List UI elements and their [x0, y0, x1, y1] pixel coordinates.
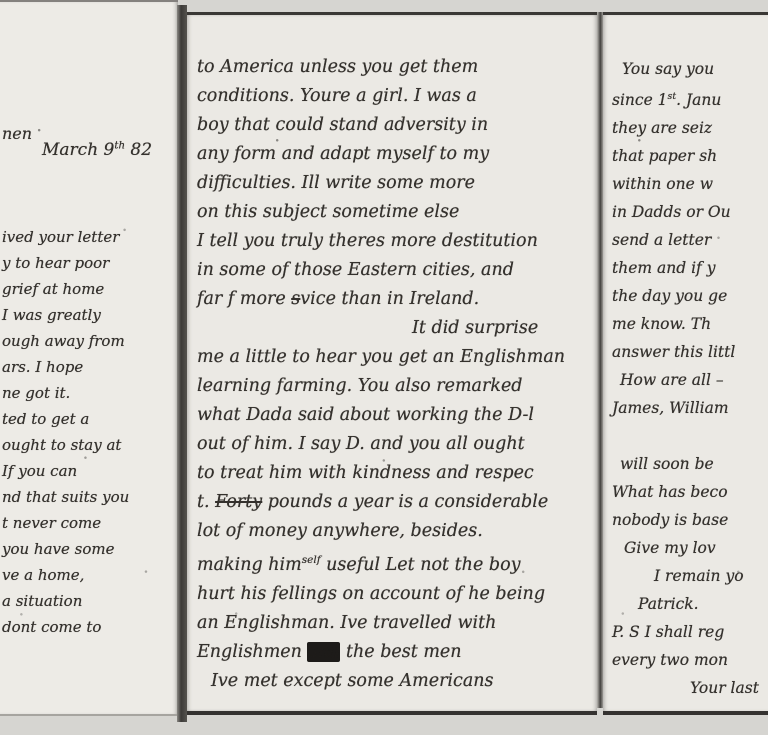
handwriting-line: what Dada said about working the D-l	[197, 401, 593, 430]
handwriting-line: answer this littl	[612, 338, 768, 366]
handwriting-line: You say you	[622, 55, 768, 83]
handwriting-line: grief at home	[2, 276, 177, 302]
handwriting-line	[612, 422, 768, 450]
handwriting-line: What has beco	[612, 478, 768, 506]
handwriting-text: useful Let not the boy	[321, 555, 521, 575]
handwriting-line: ough away from	[2, 328, 177, 354]
handwriting-line: difficulties. Ill write some more	[197, 169, 593, 198]
handwriting-line: in Dadds or Ou	[612, 198, 768, 226]
handwriting-line: ted to get a	[2, 406, 177, 432]
handwriting-line: dont come to	[2, 614, 177, 640]
handwriting-line: them and if y	[612, 254, 768, 282]
handwriting-line: the day you ge	[612, 282, 768, 310]
letter-page-center: to America unless you get themconditions…	[187, 12, 597, 715]
handwriting-line: nobody is base	[612, 506, 768, 534]
handwriting-line: lot of money anywhere, besides.	[197, 517, 593, 546]
handwriting-line: I remain yo	[654, 562, 768, 590]
handwriting-line: an Englishman. Ive travelled with	[197, 609, 593, 638]
handwriting-line: James, William	[612, 394, 768, 422]
handwriting-text: t.	[197, 492, 215, 512]
handwriting-line: Ive met except some Americans	[211, 667, 593, 696]
handwriting-line: since 1st. Janu	[612, 83, 768, 114]
handwriting-text: far f more	[197, 289, 291, 309]
handwriting-line: that paper sh	[612, 142, 768, 170]
handwriting-line: will soon be	[620, 450, 768, 478]
handwriting-lines-left: ived your lettery to hear poorgrief at h…	[2, 224, 177, 640]
handwriting-line: ne got it.	[2, 380, 177, 406]
handwriting-lines-center: to America unless you get themconditions…	[197, 53, 593, 696]
handwriting-text: making him	[197, 555, 302, 575]
page-gap-left	[177, 5, 187, 722]
handwriting-line: Your last	[690, 674, 768, 702]
handwriting-text: March 9	[42, 140, 114, 160]
handwriting-line: If you can	[2, 458, 177, 484]
handwriting-line: on this subject sometime else	[197, 198, 593, 227]
handwriting-line: conditions. Youre a girl. I was a	[197, 82, 593, 111]
handwriting-line: out of him. I say D. and you all ought	[197, 430, 593, 459]
handwriting-sup: st	[668, 91, 677, 102]
handwriting-line: me a little to hear you get an Englishma…	[197, 343, 593, 372]
handwriting-text: since 1	[612, 91, 668, 109]
handwriting-line: P. S I shall reg	[612, 618, 768, 646]
handwriting-line: every two mon	[612, 646, 768, 674]
handwriting-line: Englishmen and the best men	[197, 638, 593, 667]
handwriting-sup: th	[114, 140, 125, 151]
handwriting-line: to treat him with kindness and respec	[197, 459, 593, 488]
handwriting-strike: Forty	[215, 492, 262, 512]
handwriting-line: learning farming. You also remarked	[197, 372, 593, 401]
handwriting-line: far f more svice than in Ireland.	[197, 285, 593, 314]
handwriting-text: 82	[125, 140, 152, 160]
handwriting-line: Patrick.	[638, 590, 768, 618]
handwriting-line: making himself useful Let not the boy	[197, 546, 593, 580]
handwriting-sup: self	[302, 554, 321, 566]
handwriting-line: me know. Th	[612, 310, 768, 338]
handwriting-line: within one w	[612, 170, 768, 198]
letter-scan: nen March 9th 82 ived your lettery to he…	[0, 0, 768, 735]
handwriting-line: ve a home,	[2, 562, 177, 588]
letter-page-right: You say yousince 1st. Januthey are seizt…	[603, 12, 768, 715]
handwriting-line: I was greatly	[2, 302, 177, 328]
handwriting-text: Englishmen	[197, 642, 307, 662]
handwriting-text: pounds a year is a considerable	[262, 492, 548, 512]
handwriting-scribble: and	[307, 642, 340, 662]
handwriting-line: ought to stay at	[2, 432, 177, 458]
handwriting-line: a situation	[2, 588, 177, 614]
handwriting-line: in some of those Eastern cities, and	[197, 256, 593, 285]
handwriting-line: ars. I hope	[2, 354, 177, 380]
handwriting-line: any form and adapt myself to my	[197, 140, 593, 169]
handwriting-text: the best men	[340, 642, 461, 662]
handwriting-strike: s	[291, 289, 300, 309]
handwriting-line: nd that suits you	[2, 484, 177, 510]
handwriting-line: to America unless you get them	[197, 53, 593, 82]
heading-fragment: nen	[2, 124, 32, 143]
handwriting-line: Give my lov	[624, 534, 768, 562]
handwriting-line: boy that could stand adversity in	[197, 111, 593, 140]
handwriting-text: . Janu	[676, 91, 721, 109]
letter-page-left: nen March 9th 82 ived your lettery to he…	[0, 0, 178, 716]
letter-date: March 9th 82	[42, 140, 152, 160]
handwriting-line: I tell you truly theres more destitution	[197, 227, 593, 256]
handwriting-line: How are all –	[620, 366, 768, 394]
handwriting-line: you have some	[2, 536, 177, 562]
handwriting-line: hurt his fellings on account of he being	[197, 580, 593, 609]
handwriting-lines-right: You say yousince 1st. Januthey are seizt…	[612, 55, 768, 702]
handwriting-text: vice than in Ireland.	[300, 289, 479, 309]
handwriting-line: t. Forty pounds a year is a considerable	[197, 488, 593, 517]
handwriting-line: It did surprise	[412, 314, 593, 343]
handwriting-line: send a letter	[612, 226, 768, 254]
handwriting-line: they are seiz	[612, 114, 768, 142]
handwriting-line: y to hear poor	[2, 250, 177, 276]
handwriting-line: t never come	[2, 510, 177, 536]
handwriting-line: ived your letter	[2, 224, 177, 250]
